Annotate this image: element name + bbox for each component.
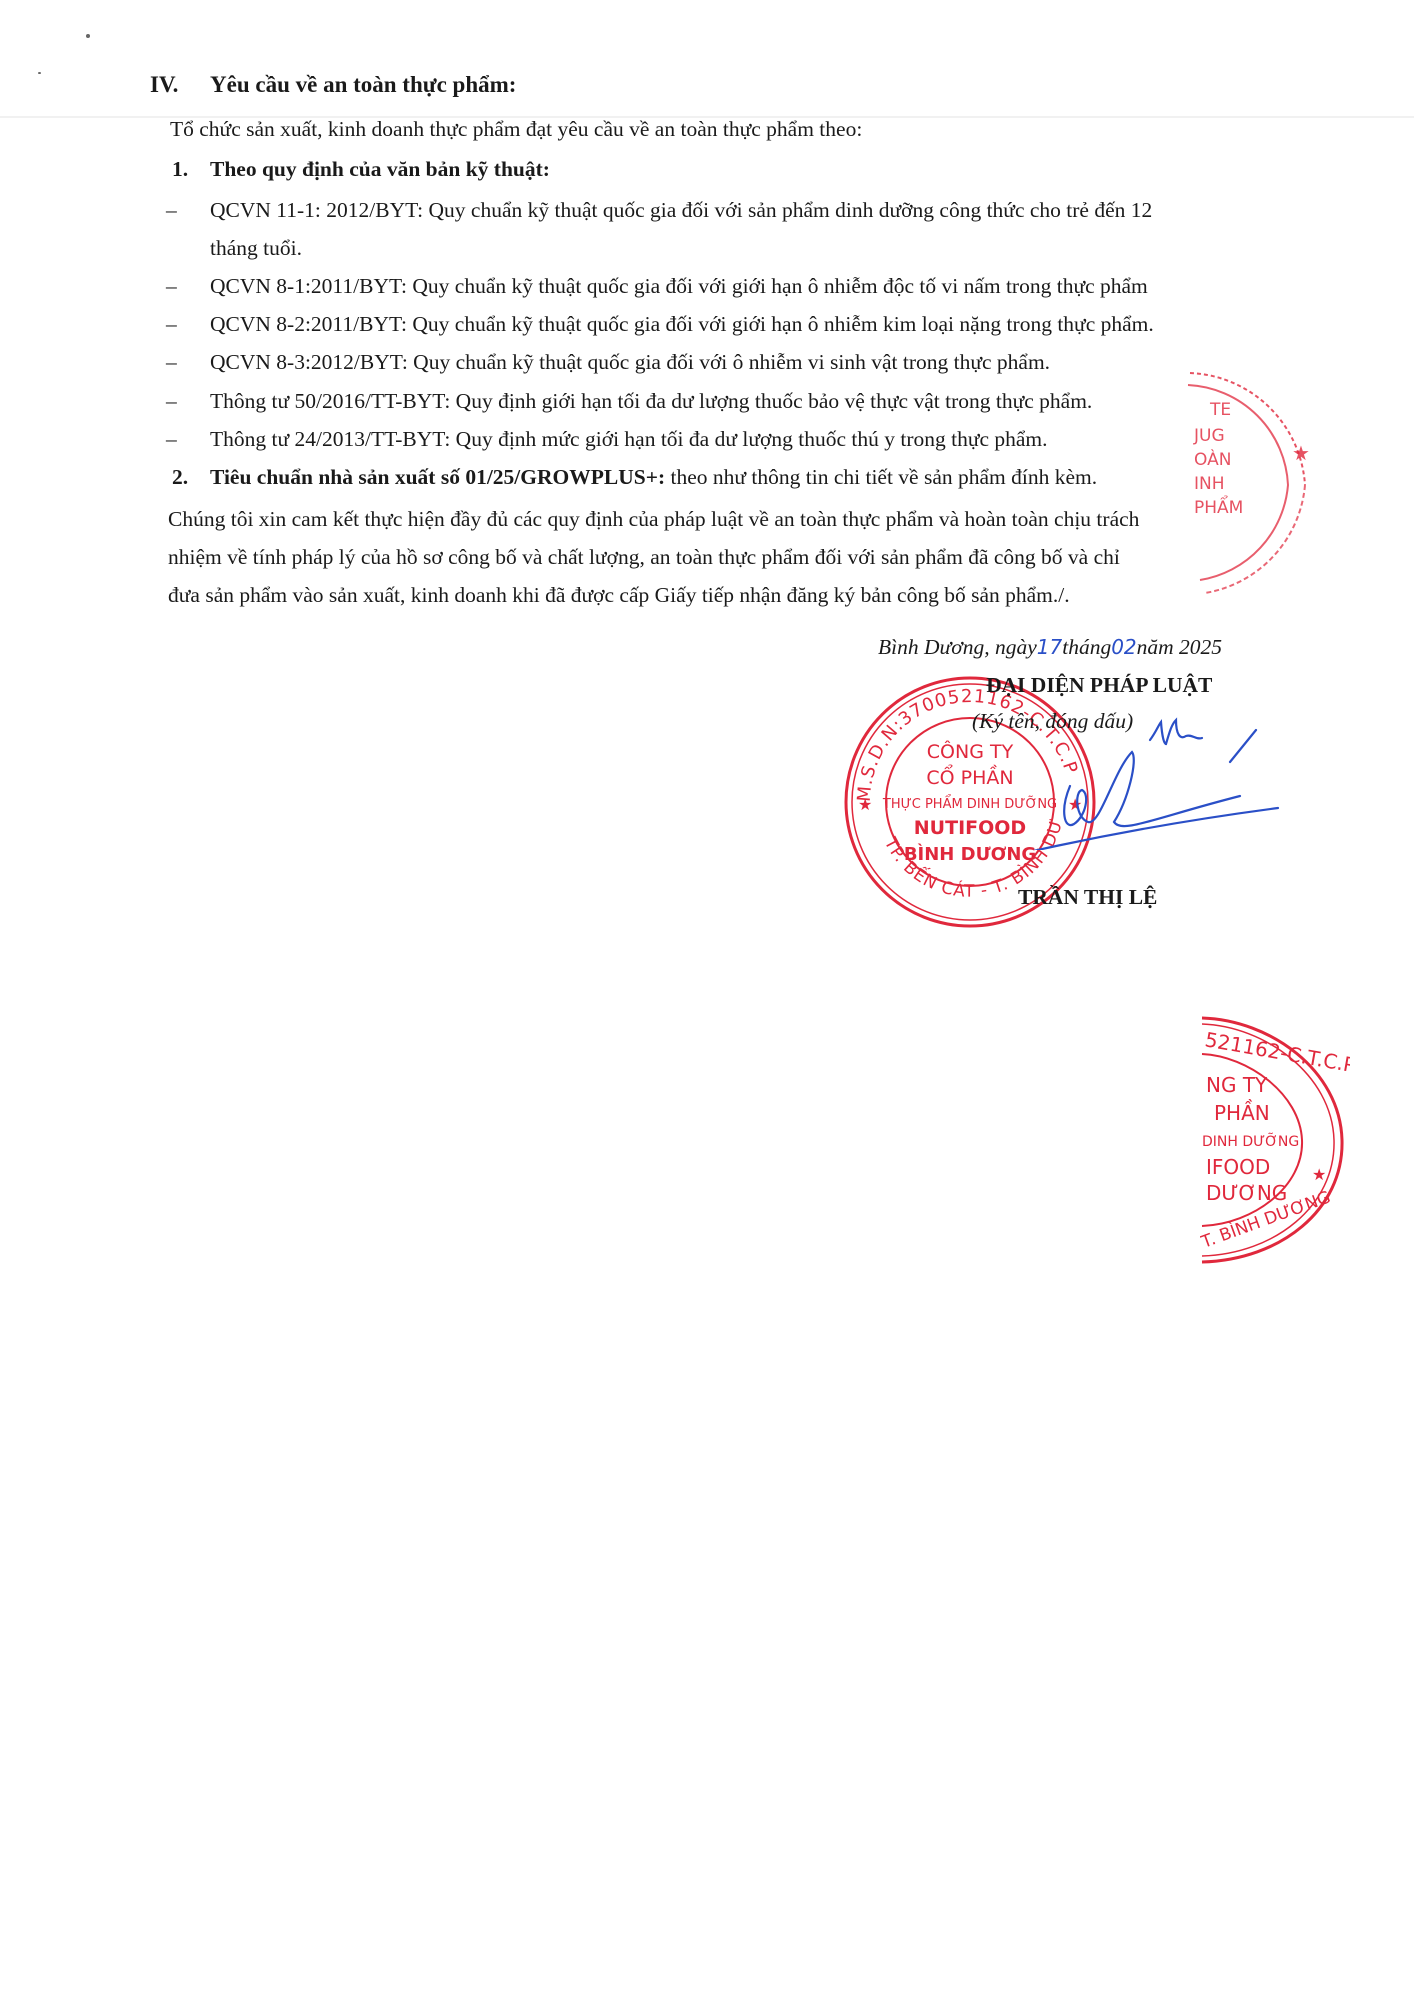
date-month-handwritten: 02 bbox=[1111, 635, 1136, 659]
regulation-text: QCVN 8-2:2011/BYT: Quy chuẩn kỹ thuật qu… bbox=[210, 309, 1154, 339]
regulation-text: QCVN 11-1: 2012/BYT: Quy chuẩn kỹ thuật … bbox=[210, 195, 1152, 225]
bullet-dash: – bbox=[166, 195, 177, 225]
regulation-text: QCVN 8-1:2011/BYT: Quy chuẩn kỹ thuật qu… bbox=[210, 271, 1148, 301]
subsection-2-text: theo như thông tin chi tiết về sản phẩm … bbox=[665, 465, 1097, 489]
subsection-2-body: Tiêu chuẩn nhà sản xuất số 01/25/GROWPLU… bbox=[210, 462, 1097, 492]
side-stamp-line: DINH DƯỠNG bbox=[1202, 1133, 1299, 1150]
side-stamp-line: NG TY bbox=[1206, 1073, 1268, 1097]
regulation-text: Thông tư 50/2016/TT-BYT: Quy định giới h… bbox=[210, 386, 1092, 416]
date-place-prefix: Bình Dương, ngày bbox=[878, 635, 1037, 659]
bullet-dash: – bbox=[166, 386, 177, 416]
side-stamp-line: IFOOD bbox=[1206, 1155, 1270, 1179]
margin-stamp-line: PHẨM bbox=[1194, 494, 1243, 518]
svg-text:★: ★ bbox=[1292, 441, 1310, 465]
signer-role: ĐẠI DIỆN PHÁP LUẬT bbox=[986, 670, 1212, 700]
side-stamp-line: DƯƠNG bbox=[1206, 1181, 1287, 1205]
side-stamp-line: PHẦN bbox=[1214, 1100, 1270, 1125]
bullet-dash: – bbox=[166, 347, 177, 377]
svg-text:★: ★ bbox=[858, 795, 872, 814]
date-line: Bình Dương, ngày17tháng02năm 2025 bbox=[878, 632, 1222, 662]
subsection-1-title: Theo quy định của văn bản kỹ thuật: bbox=[210, 154, 550, 184]
date-month-label: tháng bbox=[1062, 635, 1111, 659]
side-stamp-arc-top: 521162-C.T.C.P bbox=[1203, 1027, 1350, 1077]
subsection-2-title: Tiêu chuẩn nhà sản xuất số 01/25/GROWPLU… bbox=[210, 465, 665, 489]
section-intro: Tổ chức sản xuất, kinh doanh thực phẩm đ… bbox=[170, 114, 862, 144]
stamp-line-4: NUTIFOOD bbox=[914, 817, 1026, 839]
side-stamp-partial: 521162-C.T.C.P ★ NG TY PHẦN DINH DƯỠNG I… bbox=[1200, 1010, 1350, 1270]
margin-stamp-partial: ★ TE JUG OÀN INH PHẨM bbox=[1180, 365, 1320, 595]
commitment-line-1: Chúng tôi xin cam kết thực hiện đầy đủ c… bbox=[168, 504, 1139, 534]
bullet-dash: – bbox=[166, 309, 177, 339]
commitment-line-3: đưa sản phẩm vào sản xuất, kinh doanh kh… bbox=[168, 580, 1070, 610]
signer-name: TRẦN THỊ LỆ bbox=[1018, 882, 1157, 912]
svg-text:★: ★ bbox=[1312, 1165, 1326, 1184]
bullet-dash: – bbox=[166, 424, 177, 454]
margin-stamp-line: INH bbox=[1194, 474, 1225, 494]
margin-stamp-line: OÀN bbox=[1194, 448, 1231, 470]
section-numeral: IV. bbox=[150, 72, 178, 97]
regulation-text: tháng tuổi. bbox=[210, 233, 302, 263]
bullet-dash: – bbox=[166, 271, 177, 301]
stamp-line-1: CÔNG TY bbox=[927, 739, 1014, 763]
stamp-line-2: CỔ PHẦN bbox=[926, 763, 1013, 789]
margin-stamp-line: TE bbox=[1209, 400, 1231, 420]
regulation-text: Thông tư 24/2013/TT-BYT: Quy định mức gi… bbox=[210, 424, 1048, 454]
regulation-text: QCVN 8-3:2012/BYT: Quy chuẩn kỹ thuật qu… bbox=[210, 347, 1050, 377]
stamp-line-5: BÌNH DƯƠNG bbox=[904, 843, 1036, 865]
handwritten-signature bbox=[1030, 700, 1290, 850]
commitment-line-2: nhiệm về tính pháp lý của hồ sơ công bố … bbox=[168, 542, 1120, 572]
date-year: năm 2025 bbox=[1137, 635, 1222, 659]
scan-speck bbox=[38, 72, 41, 74]
scan-speck bbox=[86, 34, 90, 38]
section-heading: IV. Yêu cầu về an toàn thực phẩm: bbox=[150, 70, 178, 100]
date-day-handwritten: 17 bbox=[1037, 635, 1062, 659]
section-title: Yêu cầu về an toàn thực phẩm: bbox=[210, 70, 516, 100]
margin-stamp-line: JUG bbox=[1193, 426, 1225, 446]
subsection-1-number: 1. bbox=[172, 154, 188, 184]
subsection-2-number: 2. bbox=[172, 462, 188, 492]
